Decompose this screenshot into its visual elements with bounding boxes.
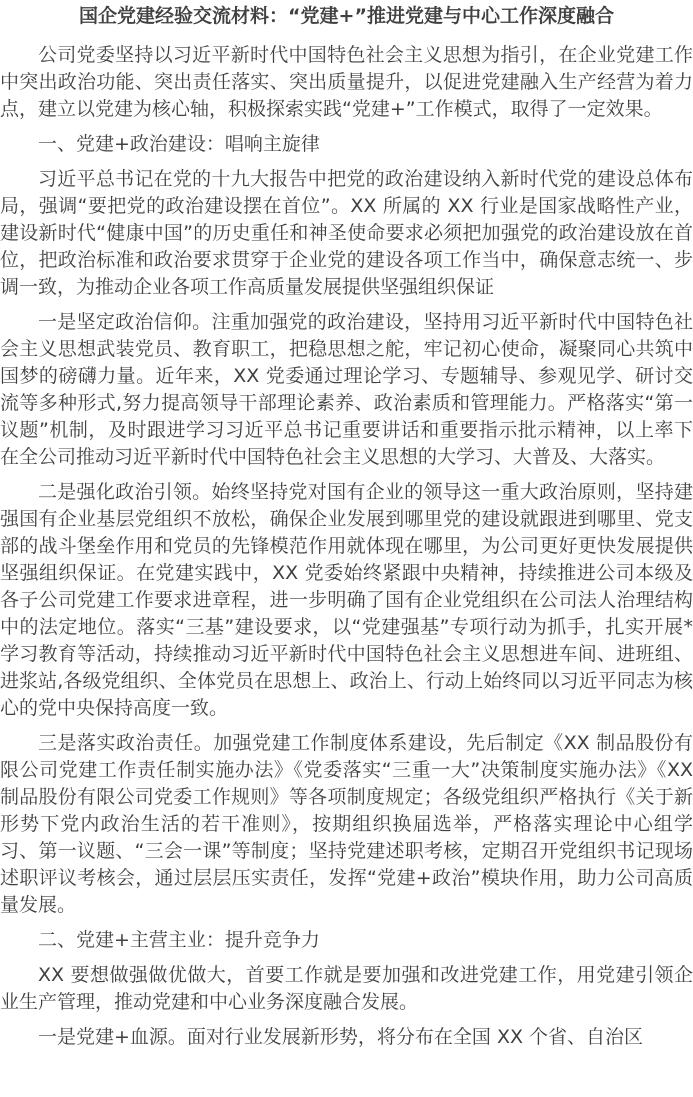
paragraph: 一是党建+血源。面对行业发展新形势，将分布在全国 XX 个省、自治区 [0, 1024, 693, 1051]
section-heading: 一、党建+政治建设：唱响主旋律 [0, 131, 693, 158]
paragraph: 公司党委坚持以习近平新时代中国特色社会主义思想为指引，在企业党建工作中突出政治功… [0, 42, 693, 123]
section-heading: 二、党建+主营主业：提升竞争力 [0, 927, 693, 954]
paragraph: XX 要想做强做优做大，首要工作就是要加强和改进党建工作，用党建引领企业生产管理… [0, 962, 693, 1016]
document-title: 国企党建经验交流材料：“党建+”推进党建与中心工作深度融合 [0, 3, 693, 30]
paragraph: 二是强化政治引领。始终坚持党对国有企业的领导这一重大政治原则，坚持建强国有企业基… [0, 479, 693, 722]
paragraph: 习近平总书记在党的十九大报告中把党的政治建设纳入新时代党的建设总体布局，强调“要… [0, 166, 693, 301]
document-page: 国企党建经验交流材料：“党建+”推进党建与中心工作深度融合 公司党委坚持以习近平… [0, 0, 693, 1051]
paragraph: 一是坚定政治信仰。注重加强党的政治建设，坚持用习近平新时代中国特色社会主义思想武… [0, 309, 693, 471]
paragraph: 三是落实政治责任。加强党建工作制度体系建设，先后制定《XX 制品股份有限公司党建… [0, 730, 693, 919]
